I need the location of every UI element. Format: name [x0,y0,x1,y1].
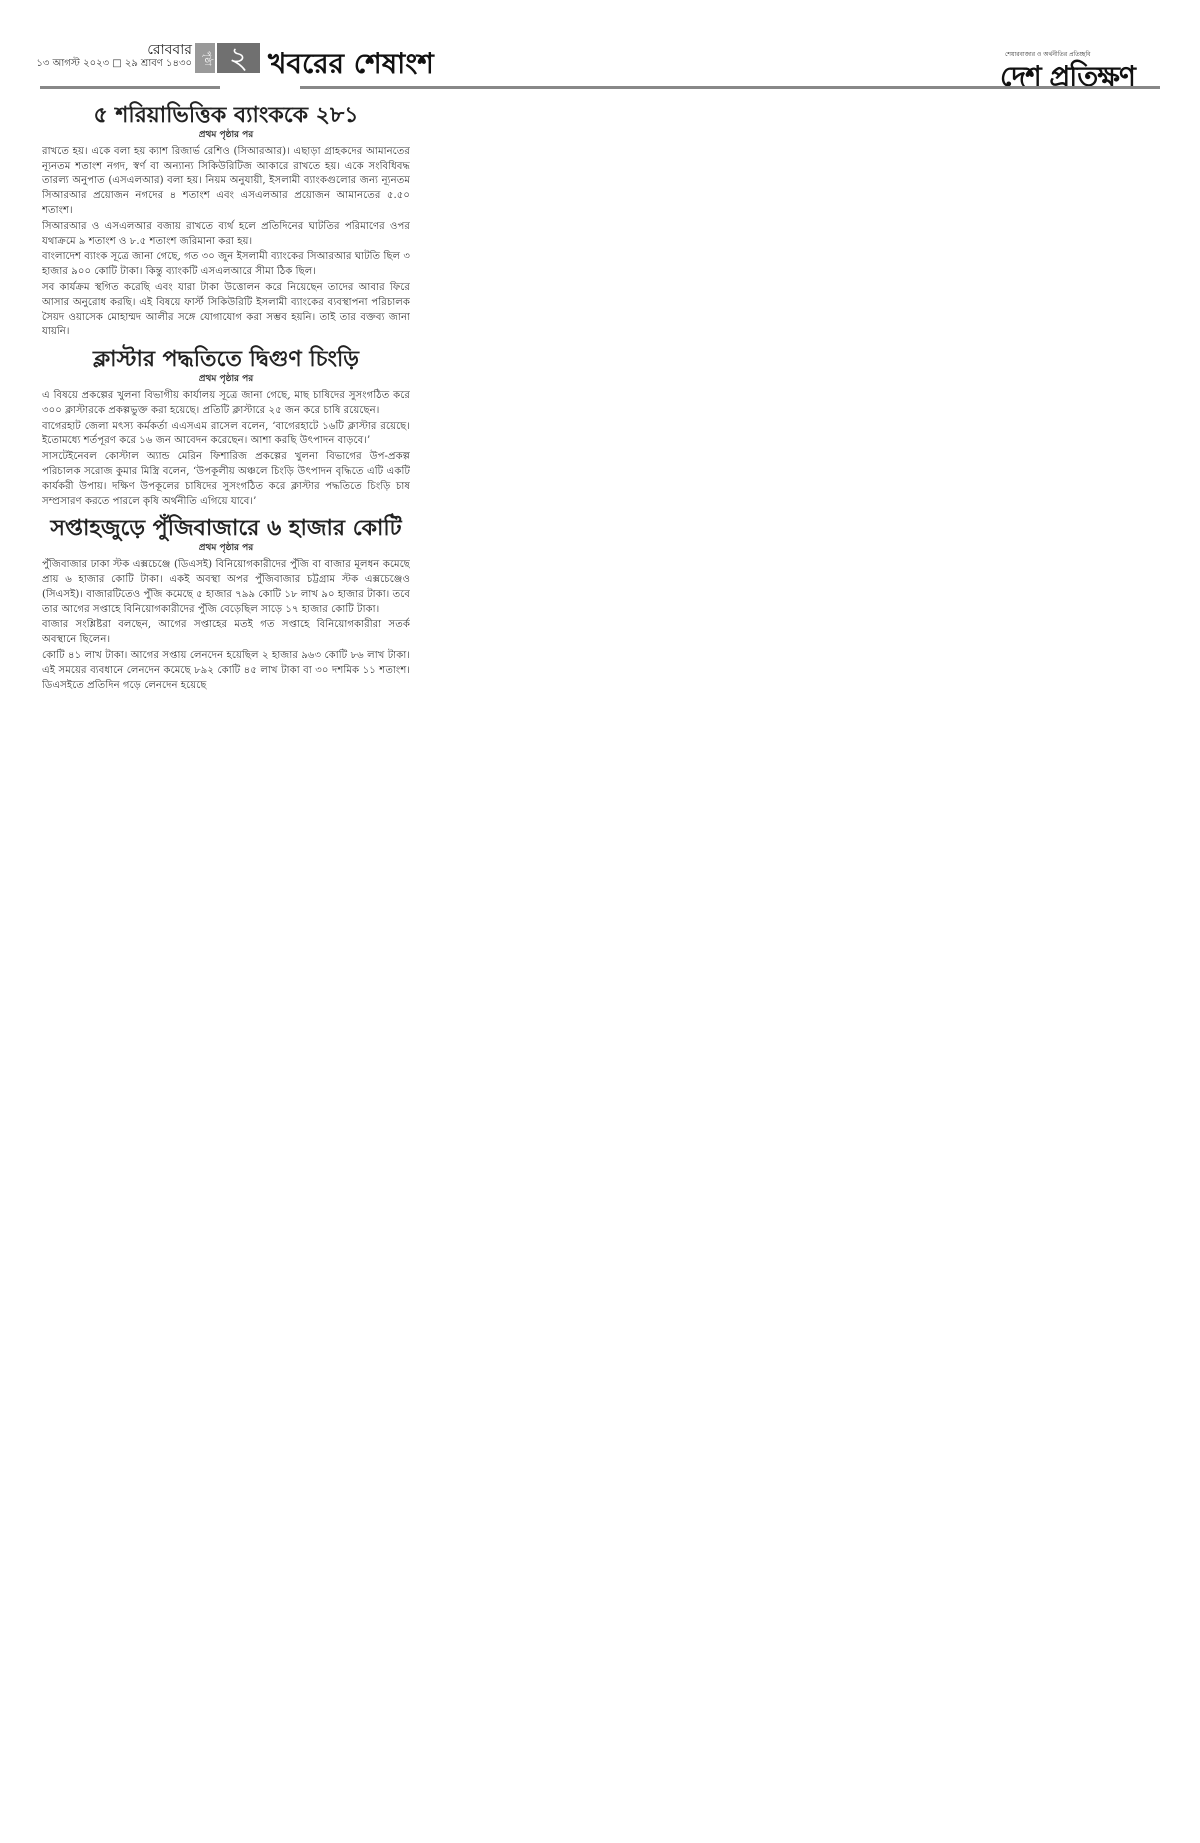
masthead: রোববার ১৩ আগস্ট ২০২৩ □ ২৯ শ্রাবণ ১৪৩০ পৃ… [0,0,1200,70]
section-title: খবরের শেষাংশ [268,42,434,89]
column-1: ৫ শরিয়াভিত্তিক ব্যাংককে ২৮১ প্রথম পৃষ্ঠ… [42,96,410,1836]
header-rule-left [40,86,220,89]
article-cluster-shrimp: ক্লাস্টার পদ্ধতিতে দ্বিগুণ চিংড়ি প্রথম … [42,346,410,509]
paragraph: এ বিষয়ে প্রকল্পের খুলনা বিভাগীয় কার্যা… [42,389,410,419]
page-number: ২ [217,43,260,73]
paragraph: রাখতে হয়। একে বলা হয় ক্যাশ রিজার্ভ রেশ… [42,145,410,219]
headline: ক্লাস্টার পদ্ধতিতে দ্বিগুণ চিংড়ি [42,346,410,372]
continuation-label: প্রথম পৃষ্ঠার পর [42,541,410,556]
paragraph: পুঁজিবাজার ঢাকা স্টক এক্সচেঞ্জে (ডিএসই) … [42,558,410,617]
page-label: পৃষ্ঠা [195,43,215,73]
paragraph: বাংলাদেশ ব্যাংক সূত্রে জানা গেছে, গত ৩০ … [42,250,410,280]
masthead-date: ১৩ আগস্ট ২০২৩ □ ২৯ শ্রাবণ ১৪৩০ [0,56,192,73]
paragraph: বাগেরহাট জেলা মৎস্য কর্মকর্তা এএসএম রাসে… [42,420,410,450]
paragraph: সিআরআর ও এসএলআর বজায় রাখতে ব্যর্থ হলে প… [42,220,410,250]
brand-logo: দেশ প্রতিক্ষণ [1000,55,1135,102]
continuation-label: প্রথম পৃষ্ঠার পর [42,372,410,387]
paragraph: কোটি ৪১ লাখ টাকা। আগের সপ্তায় লেনদেন হয… [42,649,410,693]
headline: ৫ শরিয়াভিত্তিক ব্যাংককে ২৮১ [42,102,410,128]
paragraph: বাজার সংশ্লিষ্টরা বলছেন, আগের সপ্তাহের ম… [42,618,410,648]
article-capital-market: সপ্তাহজুড়ে পুঁজিবাজারে ৬ হাজার কোটি প্র… [42,515,410,693]
headline: সপ্তাহজুড়ে পুঁজিবাজারে ৬ হাজার কোটি [42,515,410,541]
paragraph: সাসটেইনেবল কোস্টাল অ্যান্ড মেরিন ফিশারিজ… [42,450,410,509]
article-shariah-banks: ৫ শরিয়াভিত্তিক ব্যাংককে ২৮১ প্রথম পৃষ্ঠ… [42,102,410,340]
paragraph: সব কার্যক্রম স্থগিত করেছি এবং যারা টাকা … [42,281,410,340]
continuation-label: প্রথম পৃষ্ঠার পর [42,128,410,143]
header-rule-right [300,86,1160,89]
